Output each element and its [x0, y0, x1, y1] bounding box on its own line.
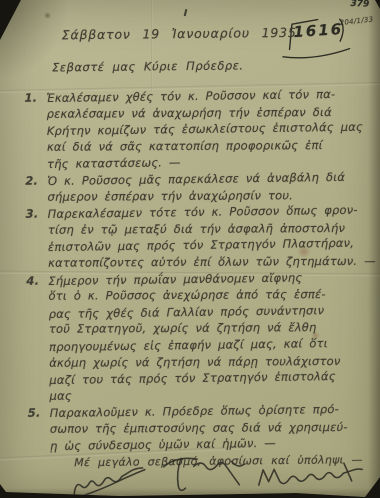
paragraph-2: 2. Ὁ κ. Ροῦσσος μᾶς παρεκάλεσε νά ἀναβάλ…: [47, 169, 363, 205]
salutation: Σεβαστέ μας Κύριε Πρόεδρε.: [52, 58, 244, 74]
paragraph-number: 5.: [28, 405, 41, 422]
paragraph-number: 3.: [26, 206, 39, 223]
paragraph-1: 1. Ἐκαλέσαμεν χθές τόν κ. Ροῦσσον καί τό…: [46, 86, 363, 172]
paper-edge-shadow-bottom: [0, 488, 380, 498]
letter-paper: 379 204/1/33 1616 Σάββατον 19 Ἰανουαρίου…: [0, 0, 380, 498]
paragraph-4: 4. Σήμερον τήν πρωΐαν μανθάνομεν αἴφνης …: [48, 269, 365, 405]
date-line: Σάββατον 19 Ἰανουαρίου 1935: [62, 25, 297, 42]
letter-body: 1. Ἐκαλέσαμεν χθές τόν κ. Ροῦσσον καί τό…: [46, 86, 366, 454]
paper-edge-shadow-right: [368, 0, 380, 498]
document-scan: 379 204/1/33 1616 Σάββατον 19 Ἰανουαρίου…: [0, 0, 380, 498]
paragraph-5: 5. Παρακαλοῦμεν κ. Πρόεδρε ὅπως ὁρίσητε …: [50, 401, 367, 454]
paragraph-number: 2.: [25, 173, 38, 190]
paragraph-number: 1.: [24, 90, 37, 107]
paragraph-3: 3. Παρεκαλέσαμεν τότε τόν κ. Ροῦσσον ὅπω…: [48, 202, 365, 272]
registry-number: 1616: [293, 20, 344, 41]
paper-edge-shadow-topleft: [0, 0, 70, 80]
archive-page-number: 379: [350, 0, 369, 10]
stray-ink-tick: [184, 9, 187, 16]
paragraph-number: 4.: [26, 272, 39, 289]
